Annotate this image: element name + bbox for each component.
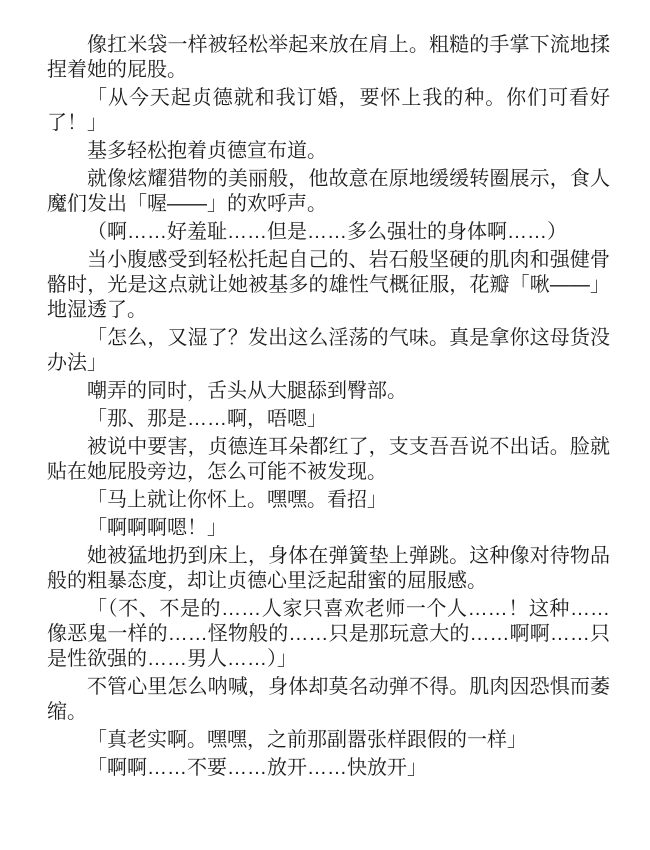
paragraph: 就像炫耀猎物的美丽般，他故意在原地缓缓转圈展示，食人魔们发出「喔——」的欢呼声。: [47, 167, 610, 217]
paragraph: 嘲弄的同时，舌头从大腿舔到臀部。: [47, 379, 610, 404]
paragraph: 「啊啊……不要……放开……快放开」: [47, 756, 610, 781]
paragraph: 被说中要害，贞德连耳朵都红了，支支吾吾说不出话。脸就贴在她屁股旁边，怎么可能不被…: [47, 435, 610, 485]
paragraph: （啊……好羞耻……但是……多么强壮的身体啊……）: [47, 220, 610, 245]
paragraph: 基多轻松抱着贞德宣布道。: [47, 139, 610, 164]
paragraph: 不管心里怎么呐喊，身体却莫名动弹不得。肌肉因恐惧而萎缩。: [47, 675, 610, 725]
novel-reader-page[interactable]: 像扛米袋一样被轻松举起来放在肩上。粗糙的手掌下流地揉捏着她的屁股。「从今天起贞德…: [0, 0, 650, 850]
paragraph: 「怎么，又湿了？发出这么淫荡的气味。真是拿你这母货没办法」: [47, 326, 610, 376]
paragraph: 像扛米袋一样被轻松举起来放在肩上。粗糙的手掌下流地揉捏着她的屁股。: [47, 33, 610, 83]
novel-text: 像扛米袋一样被轻松举起来放在肩上。粗糙的手掌下流地揉捏着她的屁股。「从今天起贞德…: [47, 33, 610, 781]
paragraph: 她被猛地扔到床上，身体在弹簧垫上弹跳。这种像对待物品般的粗暴态度，却让贞德心里泛…: [47, 544, 610, 594]
paragraph: 「（不、不是的……人家只喜欢老师一个人……！这种……像恶鬼一样的……怪物般的………: [47, 597, 610, 672]
paragraph: 「啊啊啊嗯！」: [47, 516, 610, 541]
paragraph: 「真老实啊。嘿嘿，之前那副嚣张样跟假的一样」: [47, 728, 610, 753]
paragraph: 「马上就让你怀上。嘿嘿。看招」: [47, 488, 610, 513]
paragraph: 「那、那是……啊，唔嗯」: [47, 407, 610, 432]
paragraph: 当小腹感受到轻松托起自己的、岩石般坚硬的肌肉和强健骨骼时，光是这点就让她被基多的…: [47, 248, 610, 323]
paragraph: 「从今天起贞德就和我订婚，要怀上我的种。你们可看好了！」: [47, 86, 610, 136]
